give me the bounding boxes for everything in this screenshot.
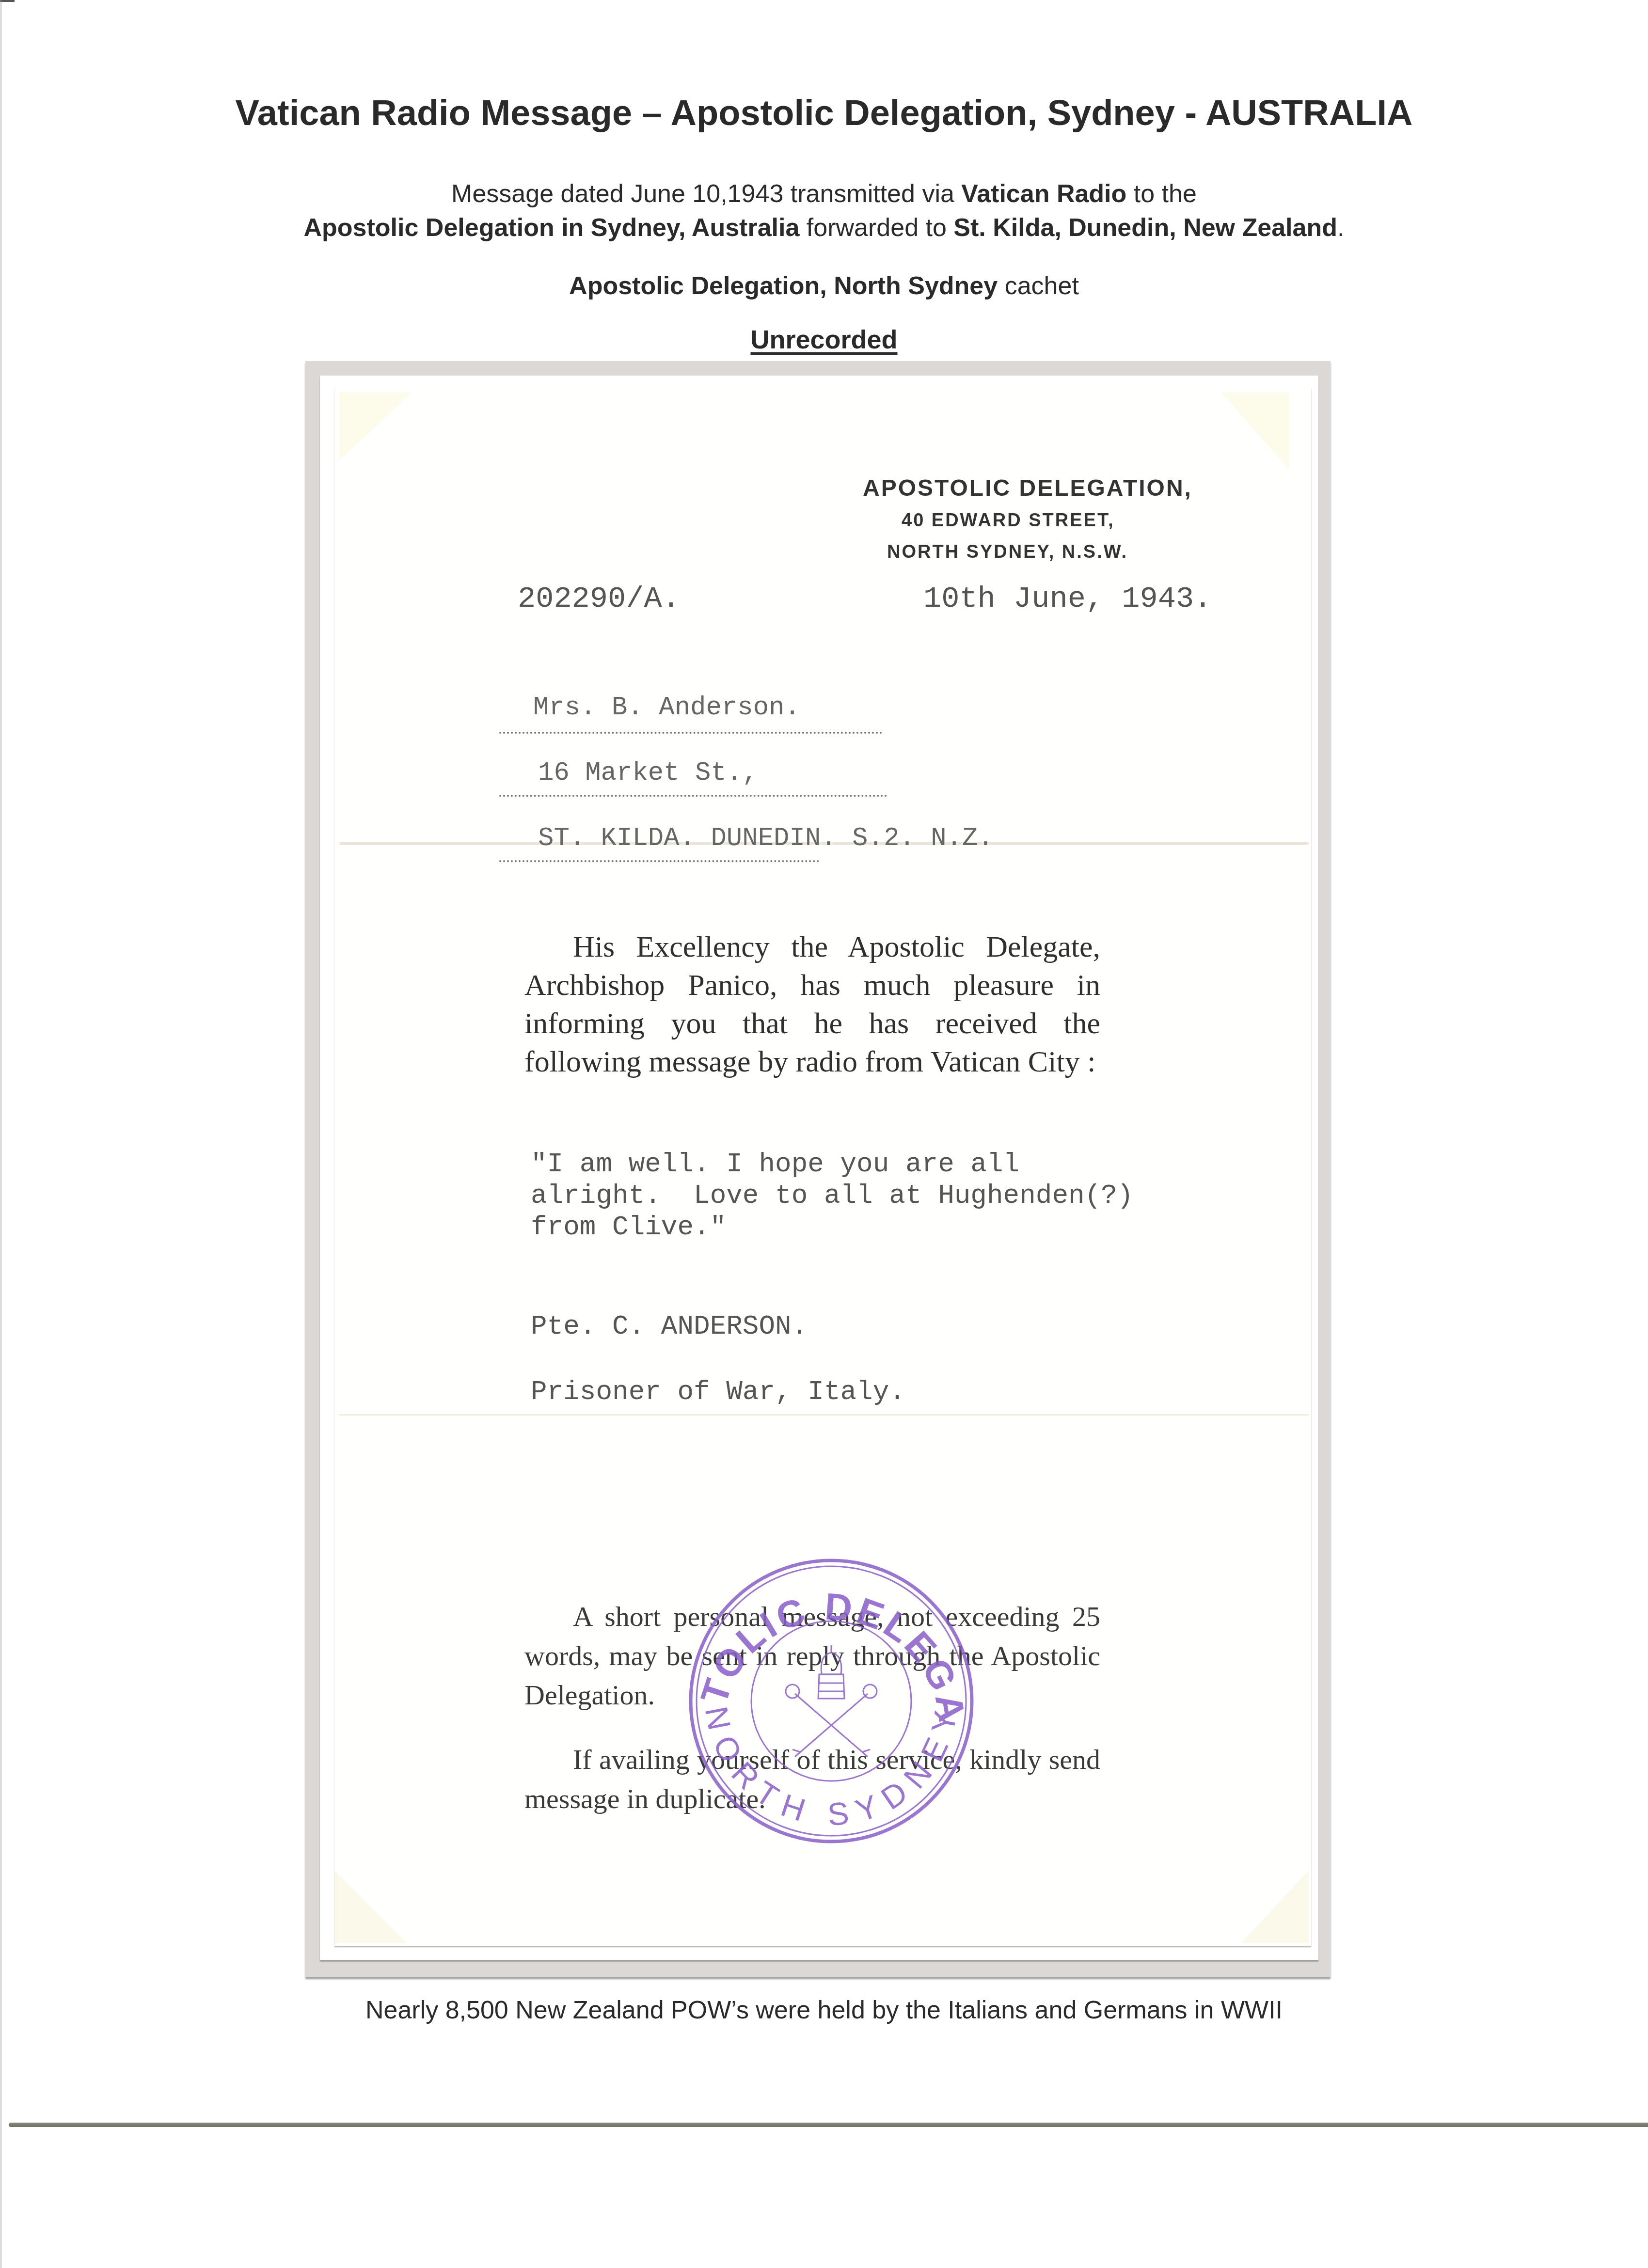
description-line-1: Message dated June 10,1943 transmitted v… bbox=[0, 177, 1648, 211]
recipient-street: 16 Market St., bbox=[514, 758, 758, 788]
letter-date: 10th June, 1943. bbox=[923, 582, 1212, 616]
photo-corner-top-right bbox=[1221, 393, 1289, 470]
address-dotted-line bbox=[499, 732, 882, 734]
description-run: St. Kilda, Dunedin, New Zealand bbox=[953, 214, 1337, 242]
letterhead-city: NORTH SYDNEY, N.S.W. bbox=[887, 542, 1128, 563]
photo-corner-top-left bbox=[339, 393, 412, 460]
scan-corner-mark bbox=[0, 0, 15, 2]
letterhead-name: APOSTOLIC DELEGATION, bbox=[863, 475, 1192, 502]
recipient-city: ST. KILDA. DUNEDIN. S.2. N.Z. bbox=[514, 824, 994, 853]
recipient-name: Mrs. B. Anderson. bbox=[514, 693, 800, 723]
papal-tiara-crossed-keys-icon bbox=[786, 1645, 877, 1757]
description-run: to the bbox=[1126, 180, 1197, 208]
cachet-description: Apostolic Delegation, North Sydney cache… bbox=[0, 269, 1648, 303]
letter-body: His Excellency the Apostolic Delegate, A… bbox=[524, 928, 1100, 1081]
page-separator bbox=[9, 2123, 1648, 2127]
description-run: cachet bbox=[998, 272, 1079, 300]
sender-status: Prisoner of War, Italy. bbox=[531, 1376, 905, 1407]
address-dotted-line bbox=[499, 860, 819, 862]
photo-corner-bottom-right bbox=[1241, 1871, 1309, 1943]
description-run: Apostolic Delegation in Sydney, Australi… bbox=[304, 214, 800, 242]
address-dotted-line bbox=[499, 795, 887, 797]
description-run: Vatican Radio bbox=[961, 180, 1126, 208]
page-title: Vatican Radio Message – Apostolic Delega… bbox=[0, 92, 1648, 133]
status-unrecorded: Unrecorded bbox=[0, 325, 1648, 355]
letterhead-street: 40 EDWARD STREET, bbox=[902, 510, 1115, 531]
sender-name: Pte. C. ANDERSON. bbox=[531, 1311, 808, 1342]
description-run: . bbox=[1337, 214, 1344, 242]
page-caption: Nearly 8,500 New Zealand POW’s were held… bbox=[0, 1996, 1648, 2025]
description-run: Message dated June 10,1943 transmitted v… bbox=[451, 180, 961, 208]
description-run: Apostolic Delegation, North Sydney bbox=[569, 272, 998, 300]
description-run: forwarded to bbox=[799, 214, 953, 242]
reference-number: 202290/A. bbox=[518, 582, 680, 616]
apostolic-delegation-cachet: APOSTOLIC DELEGATION NORTH SYDNEY bbox=[683, 1553, 979, 1849]
fold-line bbox=[339, 1414, 1309, 1416]
photo-corner-bottom-left bbox=[334, 1871, 407, 1943]
svg-text:NORTH SYDNEY: NORTH SYDNEY bbox=[698, 1703, 964, 1832]
description-line-2: Apostolic Delegation in Sydney, Australi… bbox=[0, 211, 1648, 245]
radio-message: "I am well. I hope you are all alright. … bbox=[531, 1149, 1133, 1243]
